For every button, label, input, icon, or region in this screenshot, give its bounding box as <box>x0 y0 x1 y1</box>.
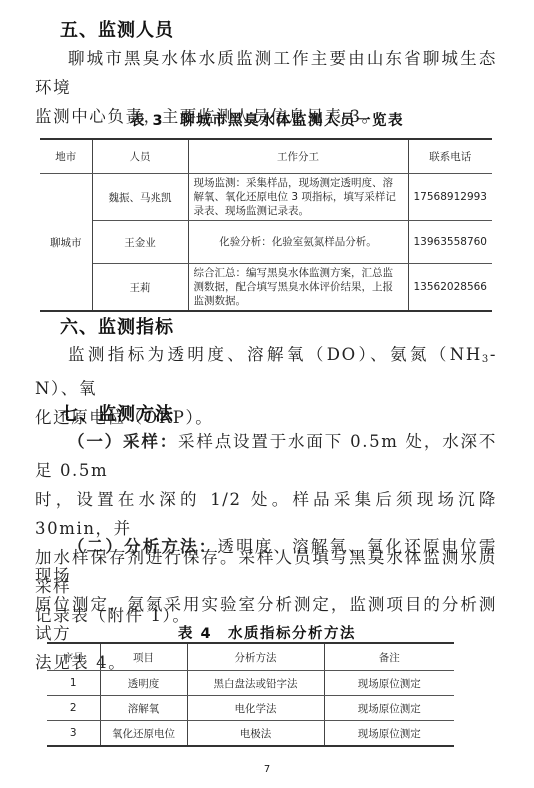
header-phone: 联系电话 <box>408 139 492 174</box>
sampling-line1: （一）采样：采样点设置于水面下 0.5m 处，水深不足 0.5m <box>35 427 497 485</box>
city-cell: 聊城市 <box>40 174 92 312</box>
analysis-line1: （二）分析方法：透明度、溶解氧、氧化还原电位需现场 <box>35 532 497 590</box>
header-method: 分析方法 <box>187 643 324 671</box>
header-no: 序号 <box>47 643 100 671</box>
item-cell: 透明度 <box>100 671 187 696</box>
item-cell: 溶解氧 <box>100 696 187 721</box>
table-row: 1 透明度 黑白盘法或铅字法 现场原位测定 <box>47 671 454 696</box>
section5-heading: 五、监测人员 <box>60 16 174 42</box>
method-cell: 黑白盘法或铅字法 <box>187 671 324 696</box>
analysis-methods-table: 序号 项目 分析方法 备注 1 透明度 黑白盘法或铅字法 现场原位测定 2 溶解… <box>47 642 454 747</box>
method-cell: 电化学法 <box>187 696 324 721</box>
no-cell: 1 <box>47 671 100 696</box>
note-cell: 现场原位测定 <box>324 696 454 721</box>
item-cell: 氧化还原电位 <box>100 721 187 747</box>
sampling-label: （一）采样： <box>68 432 178 451</box>
table4-caption: 表 4 水质指标分析方法 <box>0 622 534 643</box>
table3-caption: 表 3 聊城市黑臭水体监测人员一览表 <box>0 109 534 130</box>
header-city: 地市 <box>40 139 92 174</box>
section6-text-a: 监测指标为透明度、溶解氧（DO）、氨氮（NH <box>68 345 482 364</box>
person-cell: 王金业 <box>92 221 188 264</box>
no-cell: 3 <box>47 721 100 747</box>
method-cell: 电极法 <box>187 721 324 747</box>
table-row: 2 溶解氧 电化学法 现场原位测定 <box>47 696 454 721</box>
person-cell: 魏振、马兆凯 <box>92 174 188 221</box>
personnel-table: 地市 人员 工作分工 联系电话 聊城市 魏振、马兆凯 现场监测：采集样品，现场测… <box>40 138 492 312</box>
duty-cell: 综合汇总：编写黑臭水体监测方案，汇总监测数据，配合填写黑臭水体评价结果，上报监测… <box>188 264 408 312</box>
table-header-row: 序号 项目 分析方法 备注 <box>47 643 454 671</box>
note-cell: 现场原位测定 <box>324 721 454 747</box>
table-row: 王莉 综合汇总：编写黑臭水体监测方案，汇总监测数据，配合填写黑臭水体评价结果，上… <box>40 264 492 312</box>
analysis-label: （二）分析方法： <box>68 537 217 556</box>
phone-cell: 17568912993 <box>408 174 492 221</box>
table-row: 聊城市 魏振、马兆凯 现场监测：采集样品，现场测定透明度、溶解氧、氧化还原电位 … <box>40 174 492 221</box>
phone-cell: 13562028566 <box>408 264 492 312</box>
page-number: 7 <box>0 764 534 775</box>
section6-line1: 监测指标为透明度、溶解氧（DO）、氨氮（NH3-N）、氧 <box>35 340 497 403</box>
no-cell: 2 <box>47 696 100 721</box>
table-header-row: 地市 人员 工作分工 联系电话 <box>40 139 492 174</box>
note-cell: 现场原位测定 <box>324 671 454 696</box>
header-person: 人员 <box>92 139 188 174</box>
subscript-3: 3 <box>482 354 490 365</box>
section7-heading: 七、监测方法 <box>60 400 174 426</box>
duty-cell: 化验分析：化验室氨氮样品分析。 <box>188 221 408 264</box>
person-cell: 王莉 <box>92 264 188 312</box>
header-note: 备注 <box>324 643 454 671</box>
table-row: 王金业 化验分析：化验室氨氮样品分析。 13963558760 <box>40 221 492 264</box>
section5-line1: 聊城市黑臭水体水质监测工作主要由山东省聊城生态环境 <box>35 44 497 102</box>
duty-cell: 现场监测：采集样品，现场测定透明度、溶解氧、氧化还原电位 3 项指标，填写采样记… <box>188 174 408 221</box>
header-item: 项目 <box>100 643 187 671</box>
header-duty: 工作分工 <box>188 139 408 174</box>
section6-heading: 六、监测指标 <box>60 313 174 339</box>
table-row: 3 氧化还原电位 电极法 现场原位测定 <box>47 721 454 747</box>
phone-cell: 13963558760 <box>408 221 492 264</box>
